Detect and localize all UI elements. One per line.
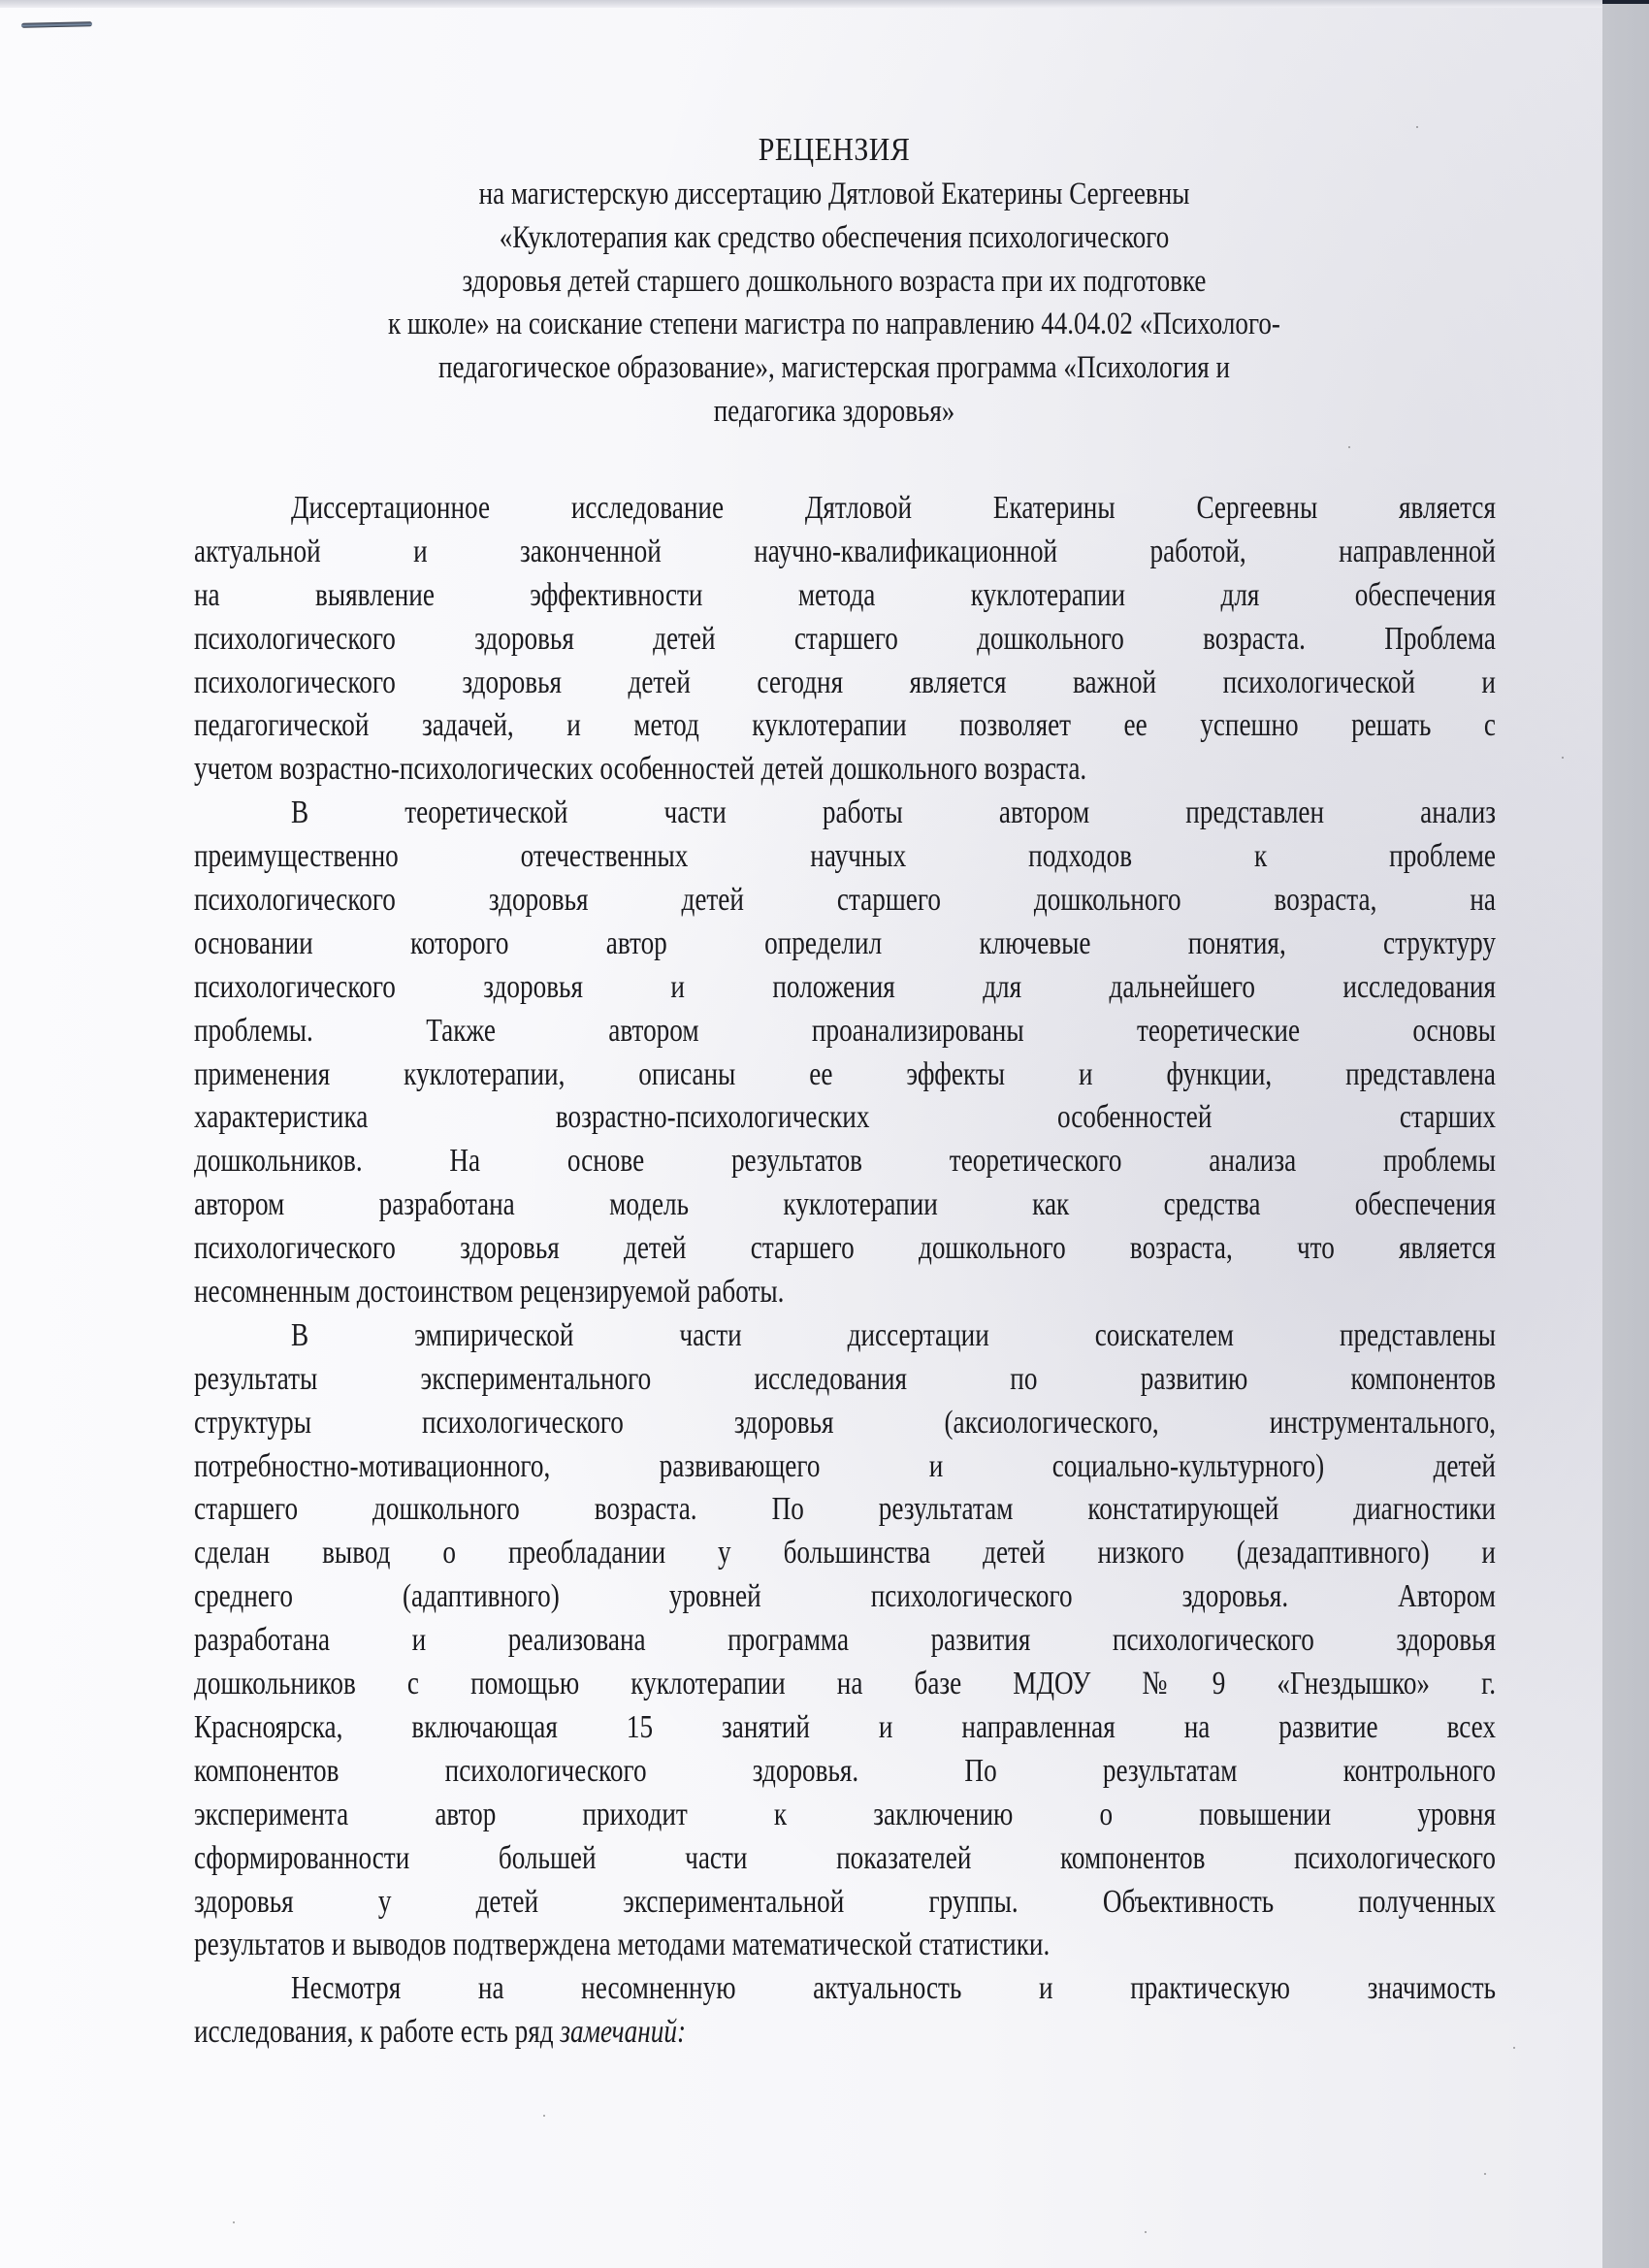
subtitle-line: педагогическое образование», магистерска…	[270, 346, 1399, 390]
text-line: психологического здоровья детей старшего…	[194, 879, 1496, 923]
document-header: РЕЦЕНЗИЯ на магистерскую диссертацию Дят…	[145, 128, 1523, 434]
text-line: на выявление эффективности метода куклот…	[194, 574, 1496, 618]
scanned-page: РЕЦЕНЗИЯ на магистерскую диссертацию Дят…	[0, 0, 1602, 2268]
scan-speck	[1562, 757, 1564, 759]
paragraph-relevance: Диссертационное исследование Дятловой Ек…	[194, 487, 1496, 792]
text-line: основании которого автор определил ключе…	[194, 923, 1496, 966]
text-line: разработана и реализована программа разв…	[194, 1619, 1496, 1663]
text-line: результатов и выводов подтверждена метод…	[194, 1924, 1496, 1967]
scan-speck	[1513, 2047, 1515, 2049]
text-line: Диссертационное исследование Дятловой Ек…	[291, 487, 1496, 531]
subtitle-line: педагогика здоровья»	[270, 390, 1399, 434]
text-line: здоровья у детей экспериментальной групп…	[194, 1881, 1496, 1925]
scan-speck	[233, 2221, 235, 2223]
subtitle-line: к школе» на соискание степени магистра п…	[270, 303, 1399, 346]
text-line: психологического здоровья детей старшего…	[194, 618, 1496, 662]
text-line: проблемы. Также автором проанализированы…	[194, 1010, 1496, 1053]
scan-speck	[1416, 126, 1418, 128]
text-line: Красноярска, включающая 15 занятий и нап…	[194, 1706, 1496, 1750]
scan-speck	[1145, 2231, 1147, 2233]
text-line: потребностно-мотивационного, развивающег…	[194, 1445, 1496, 1489]
text-line: несомненным достоинством рецензируемой р…	[194, 1271, 1496, 1314]
document-title: РЕЦЕНЗИЯ	[228, 128, 1440, 173]
paragraph-remarks-intro: Несмотря на несомненную актуальность и п…	[194, 1967, 1496, 2055]
text-line: сформированности большей части показател…	[194, 1837, 1496, 1881]
text-line: психологического здоровья и положения дл…	[194, 966, 1496, 1010]
text-line: структуры психологического здоровья (акс…	[194, 1402, 1496, 1445]
paragraph-theoretical-part: В теоретической части работы автором пре…	[194, 792, 1496, 1314]
text-line: применения куклотерапии, описаны ее эффе…	[194, 1053, 1496, 1097]
text-line: дошкольников с помощью куклотерапии на б…	[194, 1663, 1496, 1706]
text-line: психологического здоровья детей сегодня …	[194, 662, 1496, 705]
subtitle-line: на магистерскую диссертацию Дятловой Ека…	[270, 173, 1399, 216]
text-line: старшего дошкольного возраста. По резуль…	[194, 1488, 1496, 1532]
text-line: автором разработана модель куклотерапии …	[194, 1183, 1496, 1227]
text-line: В эмпирической части диссертации соискат…	[291, 1314, 1496, 1358]
text-line: среднего (адаптивного) уровней психологи…	[194, 1575, 1496, 1619]
scan-speck	[1348, 446, 1350, 448]
text-line: педагогической задачей, и метод куклотер…	[194, 704, 1496, 748]
text-line: результаты экспериментального исследован…	[194, 1358, 1496, 1402]
scanner-top-edge	[1602, 0, 1649, 4]
paragraph-empirical-part: В эмпирической части диссертации соискат…	[194, 1314, 1496, 1967]
text-line: сделан вывод о преобладании у большинств…	[194, 1532, 1496, 1575]
text-line: преимущественно отечественных научных по…	[194, 835, 1496, 879]
text-line: дошкольников. На основе результатов теор…	[194, 1140, 1496, 1183]
text-line: исследования, к работе есть ряд замечани…	[194, 2011, 1496, 2055]
text-line: актуальной и законченной научно-квалифик…	[194, 531, 1496, 574]
subtitle-line: здоровья детей старшего дошкольного возр…	[270, 260, 1399, 304]
scanner-background-edge	[1602, 0, 1649, 2268]
text-line: психологического здоровья детей старшего…	[194, 1227, 1496, 1271]
text-line: компонентов психологического здоровья. П…	[194, 1750, 1496, 1794]
text-line: характеристика возрастно-психологических…	[194, 1096, 1496, 1140]
staple-mark	[21, 21, 92, 28]
document-body: Диссертационное исследование Дятловой Ек…	[194, 487, 1496, 2055]
text-line: учетом возрастно-психологических особенн…	[194, 748, 1496, 792]
text-line: эксперимента автор приходит к заключению…	[194, 1794, 1496, 1837]
text-line: В теоретической части работы автором пре…	[291, 792, 1496, 835]
text-fragment: исследования, к работе есть ряд	[194, 2014, 560, 2050]
scan-speck	[1484, 2173, 1486, 2175]
text-line: Несмотря на несомненную актуальность и п…	[291, 1967, 1496, 2011]
subtitle-line: «Куклотерапия как средство обеспечения п…	[270, 216, 1399, 260]
scan-speck	[543, 2115, 545, 2117]
italic-remarks-word: замечаний:	[560, 2014, 686, 2050]
scan-top-edge	[0, 0, 1602, 8]
